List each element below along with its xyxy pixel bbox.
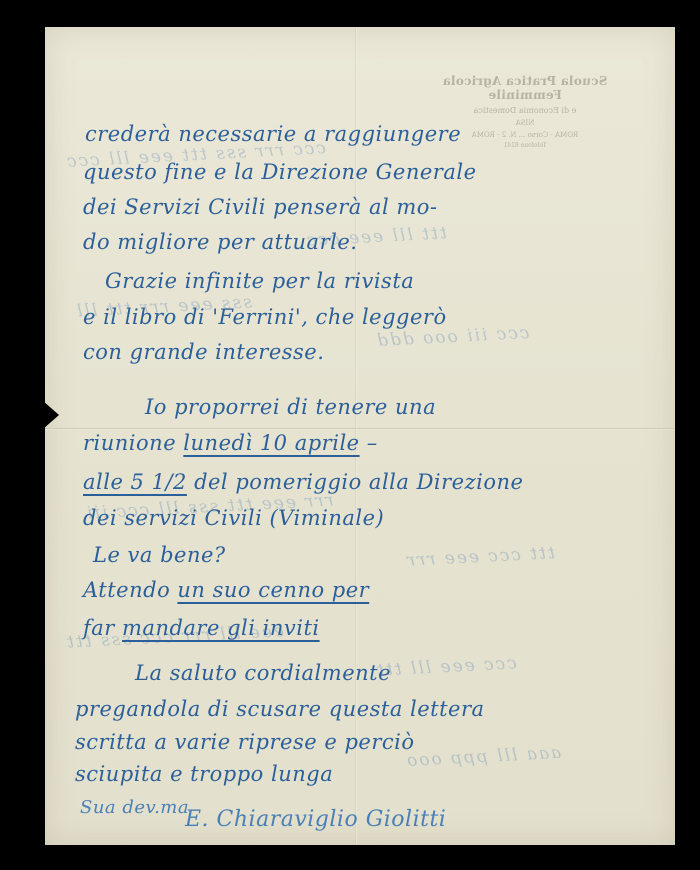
letter-line: dei servizi Civili (Viminale) [83,506,384,530]
horizontal-fold-crease [45,428,675,430]
attendo-word: Attendo [83,578,177,602]
bleed-through-text: aaa lll ppp ooo [405,743,562,771]
closing: Sua dev.ma [80,797,189,818]
meeting-time: alle 5 1/2 [83,470,187,494]
letter-line: riunione lunedì 10 aprile – [83,431,378,455]
letter-line: sciupita e troppo lunga [75,762,333,786]
letter-line: Io proporrei di tenere una [145,395,436,419]
letterhead-subtitle: e di Economia Domestica [410,106,640,115]
meeting-word: riunione [83,431,183,455]
letter-line: scritta a varie riprese e perciò [75,730,414,754]
letterhead-school-name: Scuola Pratica Agricola Femminile [410,74,640,102]
signature: E. Chiaraviglio Giolitti [185,807,446,832]
letter-line: pregandola di scusare questa lettera [75,697,485,721]
letter-line: Le va bene? [93,543,226,567]
far-word: far [83,616,122,640]
invitations-phrase: mandare gli inviti [122,616,320,640]
bleed-through-text: ccc eee lll ttt [375,653,518,680]
letter-line: Attendo un suo cenno per [83,578,369,602]
letter-line: con grande interesse. [83,340,324,364]
meeting-date: lunedì 10 aprile [183,431,359,455]
dash: – [360,431,378,455]
paper-tear-notch [43,401,59,429]
letter-line: far mandare gli inviti [83,616,320,640]
letter-line: dei Servizi Civili penserà al mo- [83,195,438,219]
letter-line: alle 5 1/2 del pomeriggio alla Direzione [83,470,523,494]
letter-line: questo fine e la Direzione Generale [83,160,477,184]
letter-line: crederà necessarie a raggiungere [85,122,461,146]
reply-request: un suo cenno per [177,578,369,602]
meeting-place: del pomeriggio alla Direzione [187,470,524,494]
letter-line: La saluto cordialmente [135,661,391,685]
letter-line: e il libro di 'Ferrini', che leggerò [83,305,447,329]
letter-paper: Scuola Pratica Agricola Femminile e di E… [45,27,675,845]
letter-line: do migliore per attuarle. [83,230,357,254]
bleed-through-text: ttt ccc eee rrr [405,543,556,571]
letter-line: Grazie infinite per la rivista [105,269,414,293]
